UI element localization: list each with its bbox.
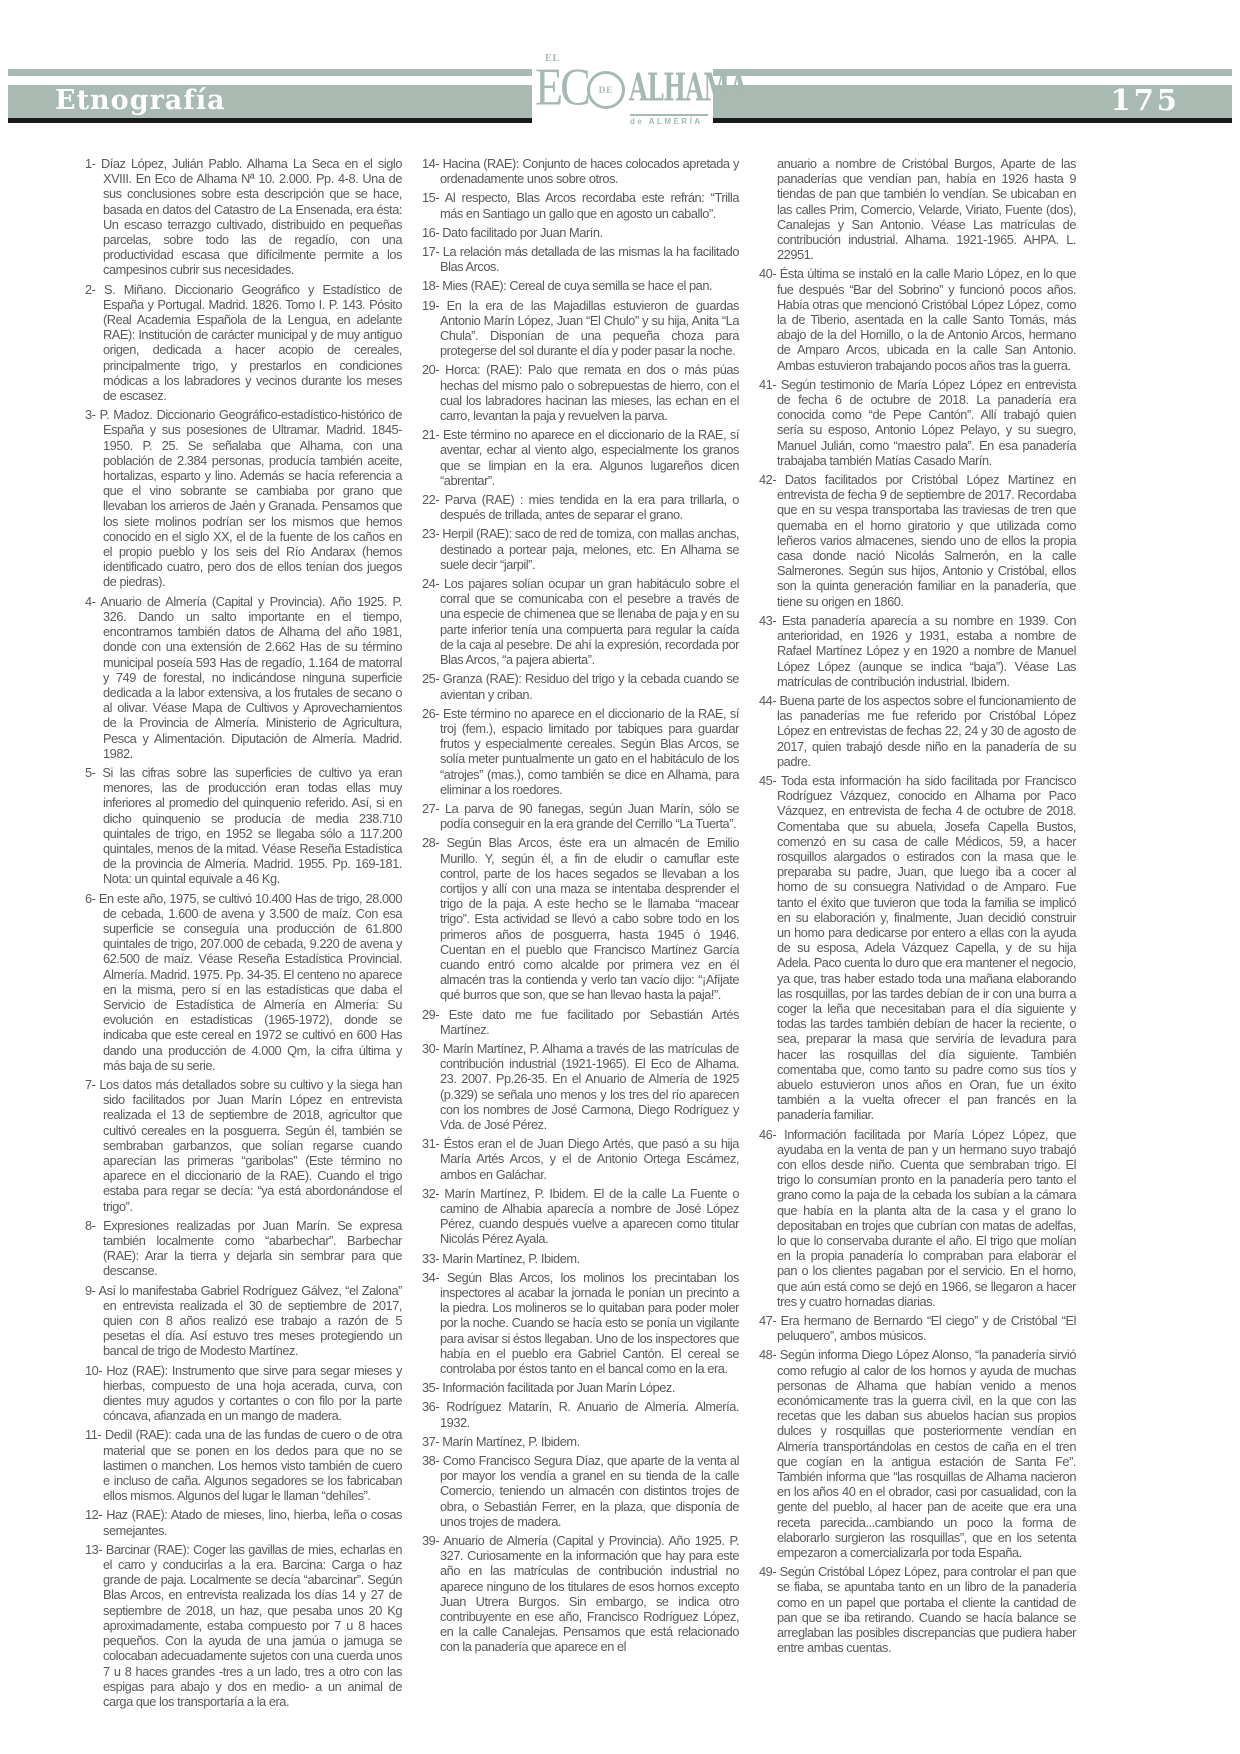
footnote-45: 45- Toda esta información ha sido facili… [759, 773, 1076, 1123]
footnote-32: 32- Marín Martínez, P. Ibidem. El de la … [422, 1186, 739, 1247]
footnote-43: 43- Esta panadería aparecía a su nombre … [759, 613, 1076, 689]
footnotes-column-3: anuario a nombre de Cristóbal Burgos, Ap… [759, 156, 1076, 1713]
footnote-19: 19- En la era de las Majadillas estuvier… [422, 298, 739, 359]
footnote-4: 4- Anuario de Almería (Capital y Provinc… [85, 594, 402, 761]
footnote-text: Granza (RAE): Residuo del trigo y la ceb… [440, 671, 739, 701]
footnote-number: 43- [759, 613, 782, 628]
footnote-16: 16- Dato facilitado por Juan Marín. [422, 225, 739, 240]
footnote-number: 6- [85, 891, 99, 906]
footnote-number: 13- [85, 1542, 106, 1557]
footnotes-column-2: 14- Hacina (RAE): Conjunto de haces colo… [422, 156, 739, 1713]
footnote-27: 27- La parva de 90 fanegas, según Juan M… [422, 801, 739, 831]
logo-eco-letters: EC [535, 61, 588, 114]
footnote-28: 28- Según Blas Arcos, éste era un almacé… [422, 835, 739, 1002]
footnote-number: 8- [85, 1218, 103, 1233]
logo-underline [630, 114, 708, 116]
footnote-number: 16- [422, 225, 442, 240]
footnote-text: Información facilitada por Juan Marín Ló… [442, 1380, 675, 1395]
logo-alhama-text: ALHAMA [629, 69, 747, 108]
logo-o-circle-icon: DE [587, 71, 625, 109]
footnote-continuation: anuario a nombre de Cristóbal Burgos, Ap… [759, 156, 1076, 262]
footnote-text: Este término no aparece en el diccionari… [440, 427, 739, 488]
footnote-text: Dedil (RAE): cada una de las fundas de c… [103, 1427, 402, 1503]
footnote-9: 9- Así lo manifestaba Gabriel Rodríguez … [85, 1283, 402, 1359]
footnote-text: P. Madoz. Diccionario Geográfico-estadís… [100, 407, 402, 589]
footnote-38: 38- Como Francisco Segura Díaz, que apar… [422, 1453, 739, 1529]
footnote-number: 49- [759, 1564, 780, 1579]
footnote-text: Marín Martínez, P. Ibidem. El de la call… [440, 1186, 739, 1247]
footnote-40: 40- Ésta última se instaló en la calle M… [759, 266, 1076, 372]
footnote-text: Este término no aparece en el diccionari… [440, 706, 739, 797]
footnote-text: Expresiones realizadas por Juan Marín. S… [103, 1218, 402, 1279]
footnote-text: Dato facilitado por Juan Marín. [442, 225, 602, 240]
footnote-number: 12- [85, 1507, 106, 1522]
footnote-number: 2- [85, 282, 104, 297]
footnote-39: 39- Anuario de Almería (Capital y Provin… [422, 1533, 739, 1655]
footnote-text: Ésta última se instaló en la calle Mario… [777, 266, 1076, 372]
footnote-number: 15- [422, 190, 445, 205]
header-thin-strip-right [712, 69, 1232, 76]
footnote-15: 15- Al respecto, Blas Arcos recordaba es… [422, 190, 739, 220]
footnote-text: Barcinar (RAE): Coger las gavillas de mi… [103, 1542, 402, 1709]
footnote-number: 9- [85, 1283, 99, 1298]
footnote-number: 20- [422, 362, 445, 377]
footnote-number: 37- [422, 1434, 442, 1449]
footnote-48: 48- Según informa Diego López Alonso, “l… [759, 1347, 1076, 1560]
footnote-number: 11- [85, 1427, 105, 1442]
footnote-text: Era hermano de Bernardo “El ciego” y de … [777, 1313, 1076, 1343]
footnote-text: Anuario de Almería (Capital y Provincia)… [100, 594, 402, 761]
footnote-49: 49- Según Cristóbal López López, para co… [759, 1564, 1076, 1655]
footnote-20: 20- Horca: (RAE): Palo que remata en dos… [422, 362, 739, 423]
footnote-17: 17- La relación más detallada de las mis… [422, 244, 739, 274]
footnote-31: 31- Éstos eran el de Juan Diego Artés, q… [422, 1136, 739, 1182]
footnote-number: 44- [759, 693, 779, 708]
magazine-page: Etnografía 175 EL EC DE ALHAMA de ALMERÍ… [0, 0, 1240, 1754]
page-number: 175 [1110, 83, 1180, 116]
footnote-number: 4- [85, 594, 100, 609]
footnote-text: Haz (RAE): Atado de mieses, lino, hierba… [103, 1507, 402, 1537]
footnote-number: 45- [759, 773, 781, 788]
footnote-36: 36- Rodríguez Matarín, R. Anuario de Alm… [422, 1399, 739, 1429]
footnote-number: 5- [85, 765, 102, 780]
footnote-number: 47- [759, 1313, 781, 1328]
footnote-42: 42- Datos facilitados por Cristóbal Lópe… [759, 472, 1076, 609]
footnote-33: 33- Marín Martínez, P. Ibidem. [422, 1251, 739, 1266]
footnote-text: Marín Martínez, P. Alhama a través de la… [440, 1041, 739, 1132]
eco-de-alhama-logo: EL EC DE ALHAMA de ALMERÍA [533, 53, 713, 135]
footnote-13: 13- Barcinar (RAE): Coger las gavillas d… [85, 1542, 402, 1709]
footnote-number: 36- [422, 1399, 446, 1414]
footnote-41: 41- Según testimonio de María López Lópe… [759, 377, 1076, 468]
footnote-text: Parva (RAE) : mies tendida en la era par… [440, 492, 739, 522]
footnote-text: En este año, 1975, se cultivó 10.400 Has… [99, 891, 402, 1073]
footnote-number: 48- [759, 1347, 780, 1362]
footnote-number: 3- [85, 407, 100, 422]
footnote-37: 37- Marín Martínez, P. Ibidem. [422, 1434, 739, 1449]
footnote-number: 7- [85, 1077, 99, 1092]
footnote-text: Si las cifras sobre las superficies de c… [102, 765, 402, 886]
footnote-text: Esta panadería aparecía a su nombre en 1… [777, 613, 1076, 689]
footnote-number: 33- [422, 1251, 442, 1266]
footnote-12: 12- Haz (RAE): Atado de mieses, lino, hi… [85, 1507, 402, 1537]
footnote-3: 3- P. Madoz. Diccionario Geográfico-esta… [85, 407, 402, 589]
footnote-text: Toda esta información ha sido facilitada… [777, 773, 1076, 1122]
footnote-text: Según Blas Arcos, éste era un almacén de… [440, 835, 739, 1002]
footnote-number: 40- [759, 266, 780, 281]
footnote-text: Como Francisco Segura Díaz, que aparte d… [440, 1453, 739, 1529]
footnote-23: 23- Herpil (RAE): saco de red de tomiza,… [422, 526, 739, 572]
footnote-7: 7- Los datos más detallados sobre su cul… [85, 1077, 402, 1214]
footnote-number: 19- [422, 298, 447, 313]
footnote-text: anuario a nombre de Cristóbal Burgos, Ap… [777, 156, 1076, 262]
header-black-rule-left [8, 118, 532, 123]
footnote-text: Buena parte de los aspectos sobre el fun… [777, 693, 1076, 769]
footnote-number: 46- [759, 1127, 784, 1142]
footnote-text: S. Miñano. Diccionario Geográfico y Esta… [103, 282, 402, 403]
footnote-number: 42- [759, 472, 785, 487]
footnote-number: 26- [422, 706, 443, 721]
footnote-text: Mies (RAE): Cereal de cuya semilla se ha… [442, 278, 712, 293]
footnote-number: 24- [422, 576, 444, 591]
footnote-text: Herpil (RAE): saco de red de tomiza, con… [440, 526, 739, 571]
footnote-number: 22- [422, 492, 445, 507]
footnote-number: 25- [422, 671, 443, 686]
footnote-text: Rodríguez Matarín, R. Anuario de Almería… [440, 1399, 739, 1429]
footnote-2: 2- S. Miñano. Diccionario Geográfico y E… [85, 282, 402, 404]
footnote-text: Marín Martínez, P. Ibidem. [442, 1434, 579, 1449]
footnote-11: 11- Dedil (RAE): cada una de las fundas … [85, 1427, 402, 1503]
footnote-number: 14- [422, 156, 443, 171]
footnote-14: 14- Hacina (RAE): Conjunto de haces colo… [422, 156, 739, 186]
footnote-18: 18- Mies (RAE): Cereal de cuya semilla s… [422, 278, 739, 293]
footnote-text: Datos facilitados por Cristóbal López Ma… [777, 472, 1076, 609]
footnote-47: 47- Era hermano de Bernardo “El ciego” y… [759, 1313, 1076, 1343]
footnote-number: 41- [759, 377, 781, 392]
footnote-text: Díaz López, Julián Pablo. Alhama La Seca… [101, 156, 402, 277]
footnote-text: Así lo manifestaba Gabriel Rodríguez Gál… [99, 1283, 403, 1359]
footnotes-column-1: 1- Díaz López, Julián Pablo. Alhama La S… [85, 156, 402, 1713]
footnote-text: Hacina (RAE): Conjunto de haces colocado… [440, 156, 739, 186]
footnote-6: 6- En este año, 1975, se cultivó 10.400 … [85, 891, 402, 1073]
footnote-26: 26- Este término no aparece en el diccio… [422, 706, 739, 797]
footnote-number: 27- [422, 801, 445, 816]
footnote-text: Según informa Diego López Alonso, “la pa… [777, 1347, 1076, 1560]
footnote-text: Los datos más detallados sobre su cultiv… [99, 1077, 402, 1214]
footnote-text: Según Cristóbal López López, para contro… [777, 1564, 1076, 1655]
footnote-8: 8- Expresiones realizadas por Juan Marín… [85, 1218, 402, 1279]
footnote-number: 30- [422, 1041, 443, 1056]
footnote-text: En la era de las Majadillas estuvieron d… [440, 298, 739, 359]
header-black-rule-right [712, 118, 1232, 123]
footnote-number: 34- [422, 1270, 447, 1285]
footnote-21: 21- Este término no aparece en el diccio… [422, 427, 739, 488]
footnote-text: Hoz (RAE): Instrumento que sirve para se… [103, 1363, 402, 1424]
logo-de-text: DE [599, 85, 614, 95]
footnote-1: 1- Díaz López, Julián Pablo. Alhama La S… [85, 156, 402, 278]
footnote-text: Información facilitada por María López L… [777, 1127, 1076, 1309]
footnote-35: 35- Información facilitada por Juan Marí… [422, 1380, 739, 1395]
footnote-46: 46- Información facilitada por María Lóp… [759, 1127, 1076, 1309]
footnote-29: 29- Este dato me fue facilitado por Seba… [422, 1007, 739, 1037]
footnote-text: Horca: (RAE): Palo que remata en dos o m… [440, 362, 739, 423]
footnote-number: 38- [422, 1453, 443, 1468]
footnote-number: 31- [422, 1136, 444, 1151]
header-thin-strip-left [8, 69, 532, 76]
footnote-22: 22- Parva (RAE) : mies tendida en la era… [422, 492, 739, 522]
footnote-number: 28- [422, 835, 446, 850]
footnote-10: 10- Hoz (RAE): Instrumento que sirve par… [85, 1363, 402, 1424]
footnote-text: Los pajares solían ocupar un gran habitá… [440, 576, 739, 667]
section-title: Etnografía [55, 84, 226, 117]
logo-subtitle: de ALMERÍA [630, 117, 703, 126]
footnote-number: 1- [85, 156, 101, 171]
footnote-25: 25- Granza (RAE): Residuo del trigo y la… [422, 671, 739, 701]
footnote-number: 32- [422, 1186, 444, 1201]
footnote-number: 35- [422, 1380, 442, 1395]
footnote-number: 23- [422, 526, 442, 541]
footnote-text: Según Blas Arcos, los molinos los precin… [440, 1270, 739, 1376]
footnote-text: Éstos eran el de Juan Diego Artés, que p… [440, 1136, 739, 1181]
footnote-30: 30- Marín Martínez, P. Alhama a través d… [422, 1041, 739, 1132]
footnote-5: 5- Si las cifras sobre las superficies d… [85, 765, 402, 887]
footnote-text: Marín Martínez, P. Ibidem. [442, 1251, 579, 1266]
footnote-text: La parva de 90 fanegas, según Juan Marín… [440, 801, 739, 831]
footnote-number: 29- [422, 1007, 449, 1022]
footnote-text: Al respecto, Blas Arcos recordaba este r… [440, 190, 739, 220]
footnote-text: La relación más detallada de las mismas … [440, 244, 739, 274]
footnote-44: 44- Buena parte de los aspectos sobre el… [759, 693, 1076, 769]
footnote-number: 39- [422, 1533, 443, 1548]
footnote-number: 21- [422, 427, 443, 442]
footnotes-section: 1- Díaz López, Julián Pablo. Alhama La S… [85, 156, 1077, 1713]
footnote-number: 17- [422, 244, 443, 259]
footnote-34: 34- Según Blas Arcos, los molinos los pr… [422, 1270, 739, 1376]
footnote-number: 10- [85, 1363, 106, 1378]
footnote-text: Anuario de Almería (Capital y Provincia)… [440, 1533, 739, 1654]
footnote-number: 18- [422, 278, 442, 293]
footnote-24: 24- Los pajares solían ocupar un gran ha… [422, 576, 739, 667]
footnote-text: Según testimonio de María López López en… [777, 377, 1076, 468]
footnote-text: Este dato me fue facilitado por Sebastiá… [440, 1007, 739, 1037]
